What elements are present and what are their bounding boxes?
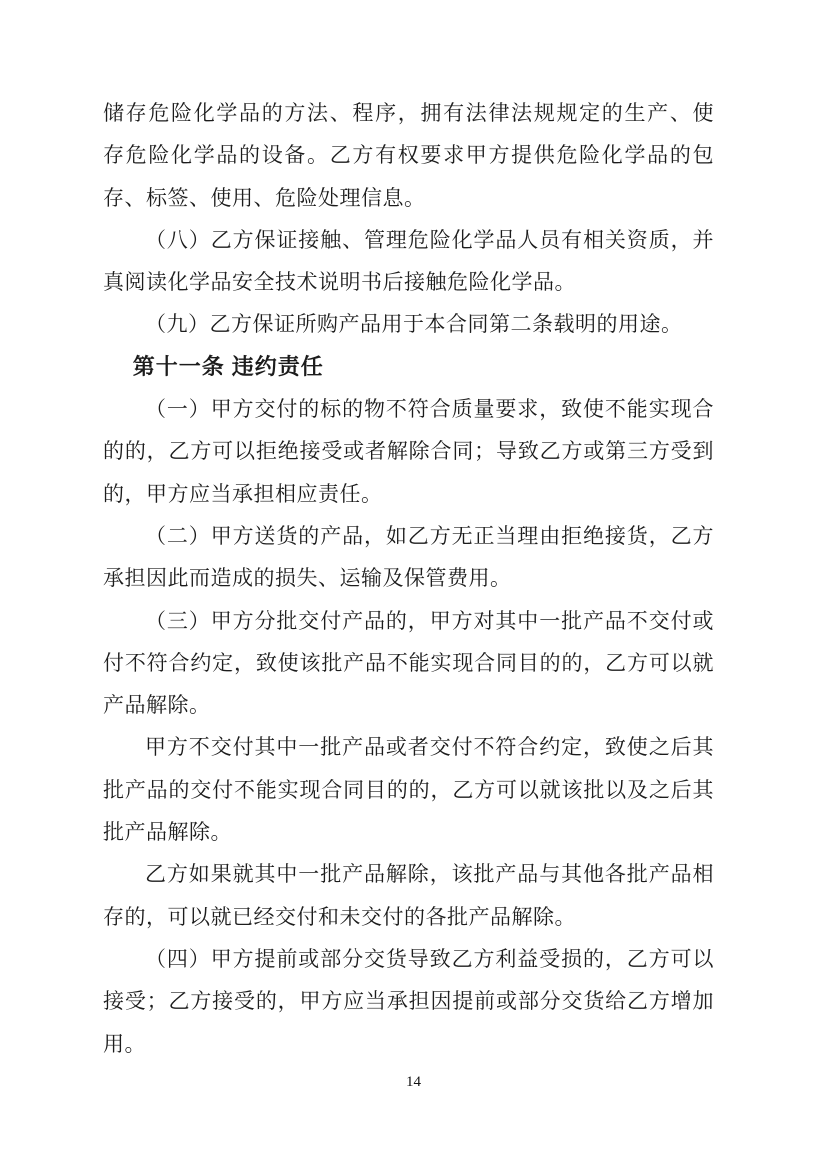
text-line: 存的，可以就已经交付和未交付的各批产品解除。 (103, 896, 714, 938)
text-line: 乙方如果就其中一批产品解除，该批产品与其他各批产品相互依 (103, 853, 714, 895)
document-body: 储存危险化学品的方法、程序，拥有法律法规规定的生产、使用、储 存危险化学品的设备… (103, 92, 714, 1065)
text-line: （八）乙方保证接触、管理危险化学品人员有相关资质，并在认 (103, 219, 714, 261)
text-line: 产品解除。 (103, 684, 714, 726)
text-line: 承担因此而造成的损失、运输及保管费用。 (103, 557, 714, 599)
clause-heading: 第十一条 违约责任 (103, 346, 714, 388)
text-line: （一）甲方交付的标的物不符合质量要求，致使不能实现合同目 (103, 388, 714, 430)
page-number: 14 (0, 1074, 827, 1091)
text-line: 真阅读化学品安全技术说明书后接触危险化学品。 (103, 261, 714, 303)
text-line: （四）甲方提前或部分交货导致乙方利益受损的，乙方可以拒绝 (103, 938, 714, 980)
text-line: 批产品解除。 (103, 811, 714, 853)
text-line: 甲方不交付其中一批产品或者交付不符合约定，致使之后其他各 (103, 726, 714, 768)
text-line: 存危险化学品的设备。乙方有权要求甲方提供危险化学品的包装、储 (103, 134, 714, 176)
text-line: （三）甲方分批交付产品的，甲方对其中一批产品不交付或者交 (103, 600, 714, 642)
text-line: 接受；乙方接受的，甲方应当承担因提前或部分交货给乙方增加的费 (103, 980, 714, 1022)
text-line: 储存危险化学品的方法、程序，拥有法律法规规定的生产、使用、储 (103, 92, 714, 134)
text-line: 付不符合约定，致使该批产品不能实现合同目的的，乙方可以就该批 (103, 642, 714, 684)
text-line: （九）乙方保证所购产品用于本合同第二条载明的用途。 (103, 303, 714, 345)
document-page: 储存危险化学品的方法、程序，拥有法律法规规定的生产、使用、储 存危险化学品的设备… (0, 0, 827, 1170)
text-line: 的，甲方应当承担相应责任。 (103, 473, 714, 515)
text-line: 用。 (103, 1023, 714, 1065)
text-line: 批产品的交付不能实现合同目的的，乙方可以就该批以及之后其他各 (103, 769, 714, 811)
text-line: 存、标签、使用、危险处理信息。 (103, 177, 714, 219)
text-line: 的的，乙方可以拒绝接受或者解除合同；导致乙方或第三方受到损失 (103, 430, 714, 472)
text-line: （二）甲方送货的产品，如乙方无正当理由拒绝接货，乙方应当 (103, 515, 714, 557)
